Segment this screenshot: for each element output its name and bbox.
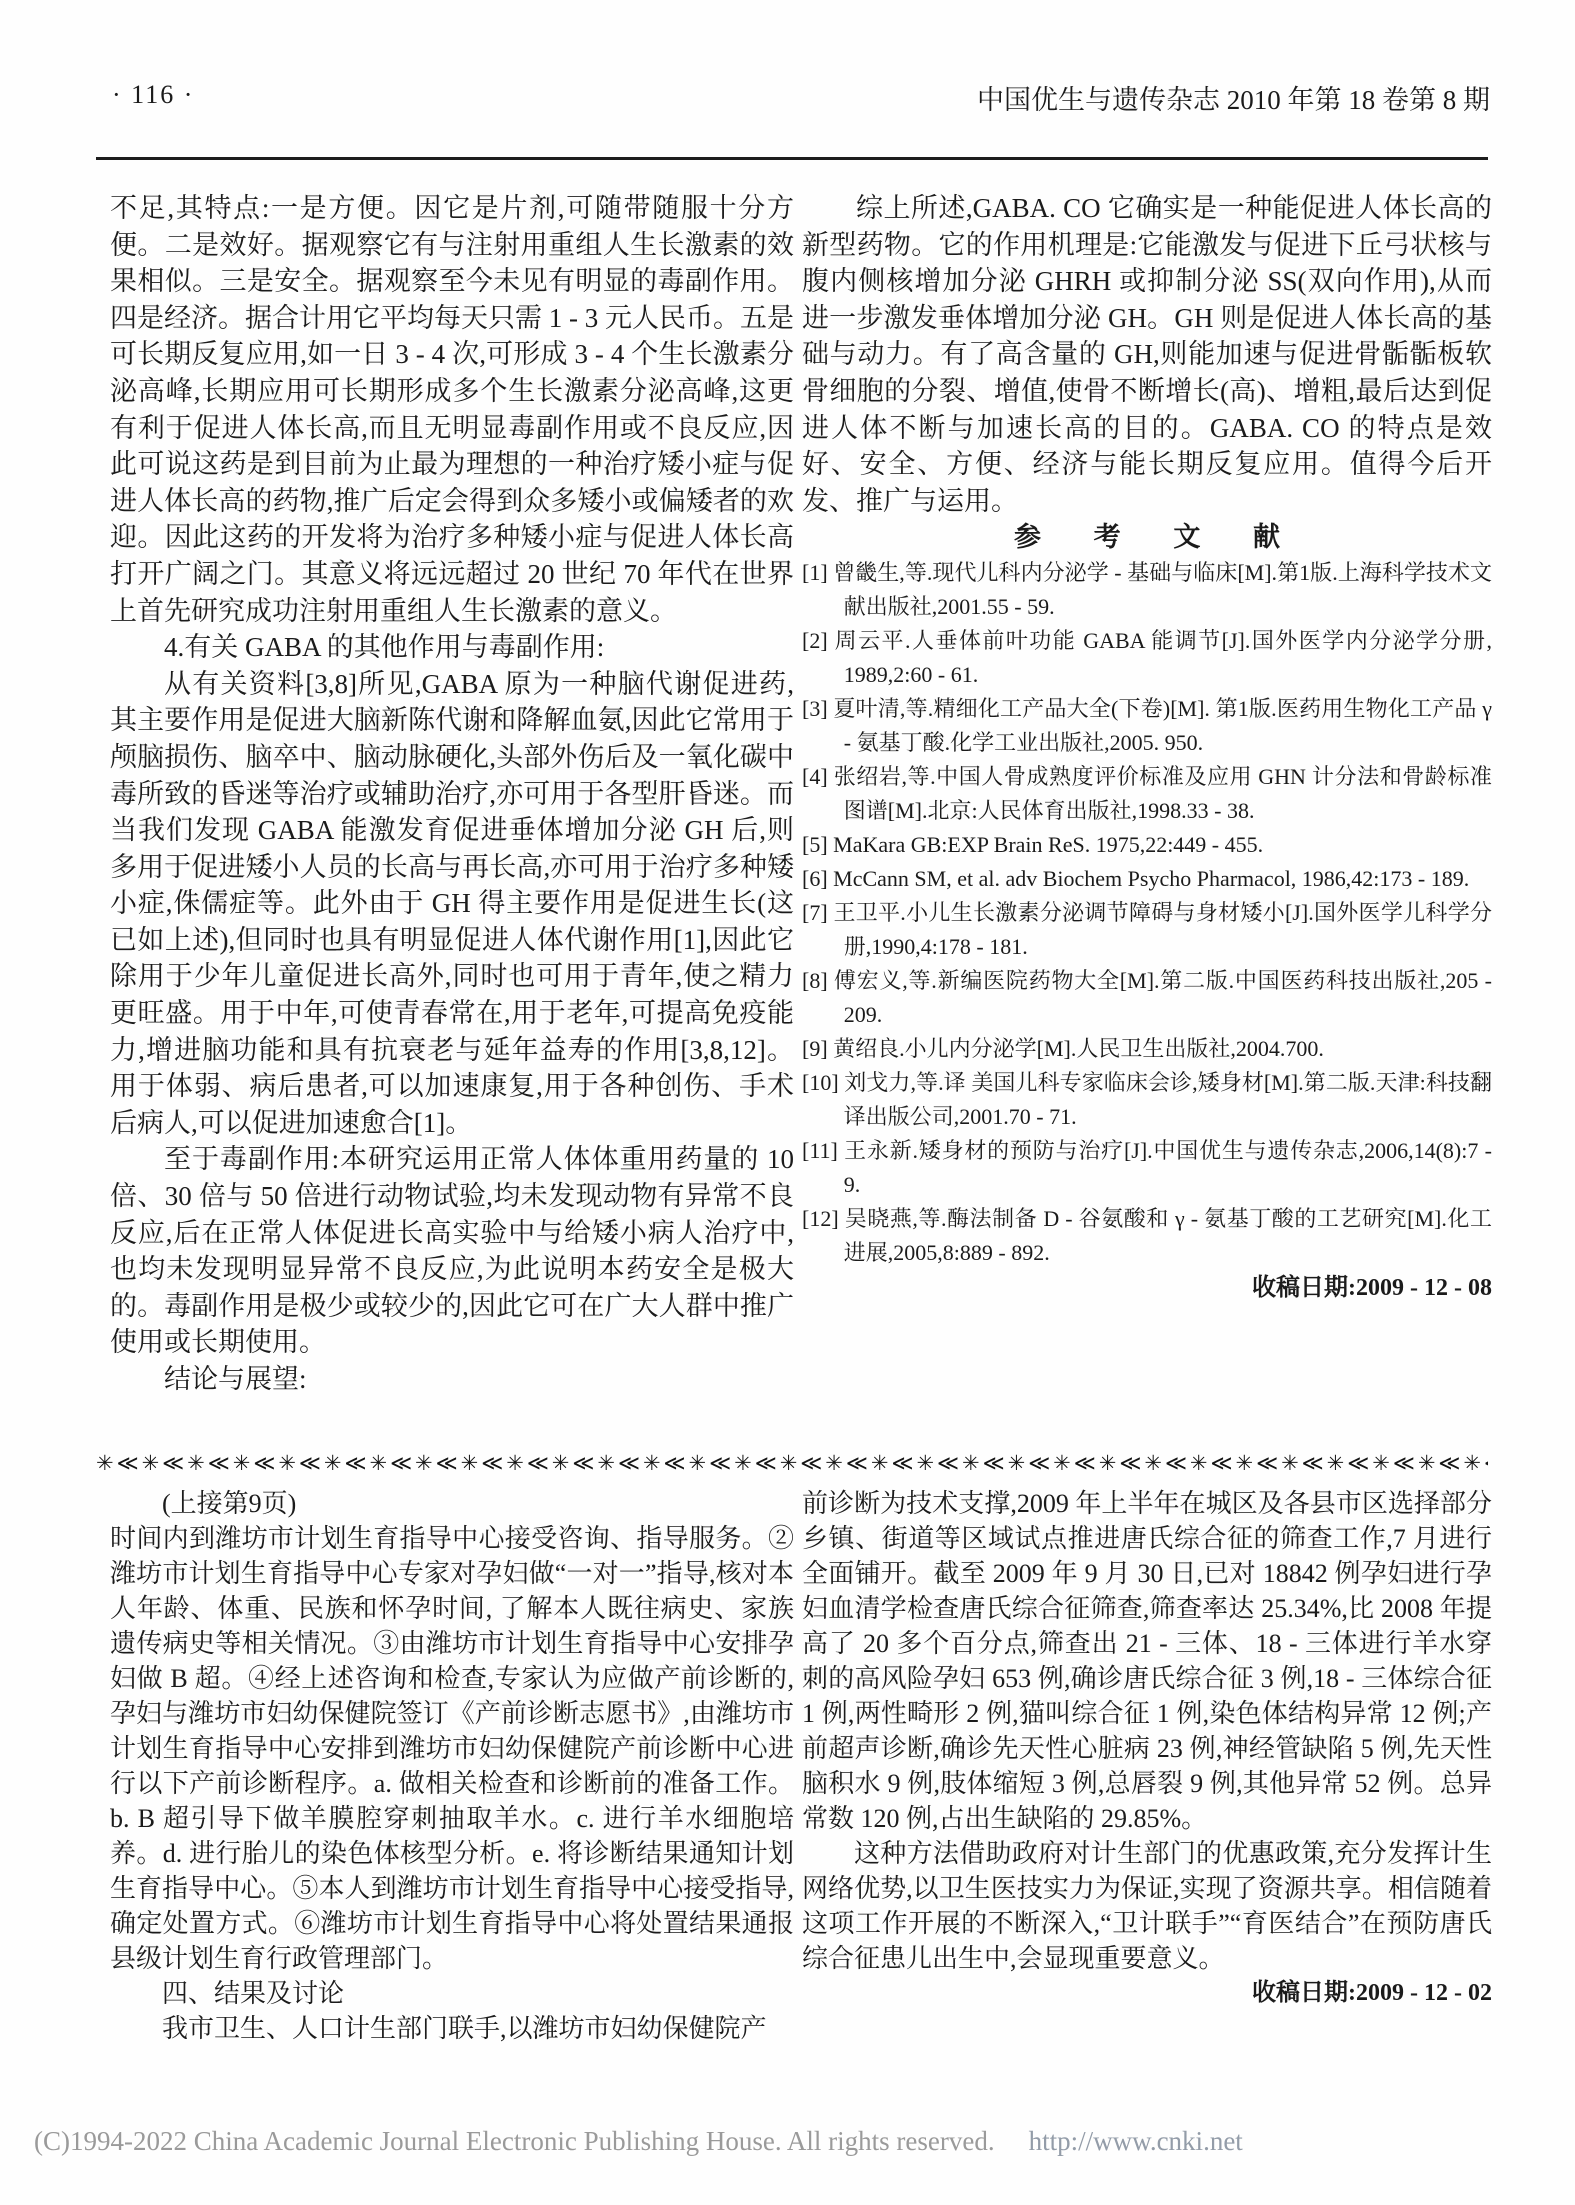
paragraph: 时间内到潍坊市计划生育指导中心接受咨询、指导服务。②潍坊市计划生育指导中心专家对… [110,1521,794,1976]
paragraph: 至于毒副作用:本研究运用正常人体体重用药量的 10 倍、30 倍与 50 倍进行… [110,1141,794,1361]
section-heading: 4.有关 GABA 的其他作用与毒副作用: [110,629,794,666]
paragraph: 综上所述,GABA. CO 它确实是一种能促进人体长高的新型药物。它的作用机理是… [802,190,1492,519]
section-heading: 结论与展望: [110,1361,794,1398]
header-rule [96,157,1488,160]
paragraph: 我市卫生、人口计生部门联手,以潍坊市妇幼保健院产 [110,2011,794,2046]
reference-item: [2] 周云平.人垂体前叶功能 GABA 能调节[J].国外医学内分泌学分册, … [802,624,1492,692]
cnki-link[interactable]: http://www.cnki.net [1029,2126,1243,2156]
reference-item: [7] 王卫平.小儿生长激素分泌调节障碍与身材矮小[J].国外医学儿科学分册,1… [802,896,1492,964]
received-date: 收稿日期:2009 - 12 - 08 [802,1270,1492,1307]
paragraph: 前诊断为技术支撑,2009 年上半年在城区及各县市区选择部分乡镇、街道等区域试点… [802,1486,1492,1836]
journal-page: · 116 · 中国优生与遗传杂志 2010 年第 18 卷第 8 期 不足,其… [0,0,1575,2205]
section-heading: 四、结果及讨论 [110,1976,794,2011]
section-divider-ornament: ✳≪✳≪✳≪✳≪✳≪✳≪✳≪✳≪✳≪✳≪✳≪✳≪✳≪✳≪✳≪✳≪✳≪✳≪✳≪✳≪… [96,1448,1488,1478]
reference-item: [9] 黄绍良.小儿内分泌学[M].人民卫生出版社,2004.700. [802,1032,1492,1066]
continuation-left-column: (上接第9页) 时间内到潍坊市计划生育指导中心接受咨询、指导服务。②潍坊市计划生… [110,1486,794,2122]
journal-title-line: 中国优生与遗传杂志 2010 年第 18 卷第 8 期 [977,78,1490,117]
reference-item: [1] 曾畿生,等.现代儿科内分泌学 - 基础与临床[M].第1版.上海科学技术… [802,556,1492,624]
references-heading: 参 考 文 献 [802,519,1492,556]
paragraph: 不足,其特点:一是方便。因它是片剂,可随带随服十分方便。二是效好。据观察它有与注… [110,190,794,629]
reference-item: [12] 吴晓燕,等.酶法制备 D - 谷氨酸和 γ - 氨基丁酸的工艺研究[M… [802,1202,1492,1270]
continued-from-note: (上接第9页) [110,1486,794,1521]
page-footer: (C)1994-2022 China Academic Journal Elec… [34,2126,1541,2157]
paragraph: 从有关资料[3,8]所见,GABA 原为一种脑代谢促进药,其主要作用是促进大脑新… [110,666,794,1142]
reference-item: [10] 刘戈力,等.译 美国儿科专家临床会诊,矮身材[M].第二版.天津:科技… [802,1066,1492,1134]
reference-item: [6] McCann SM, et al. adv Biochem Psycho… [802,862,1492,896]
references-list: [1] 曾畿生,等.现代儿科内分泌学 - 基础与临床[M].第1版.上海科学技术… [802,556,1492,1270]
reference-item: [4] 张绍岩,等.中国人骨成熟度评价标准及应用 GHN 计分法和骨龄标准图谱[… [802,760,1492,828]
paragraph: 这种方法借助政府对计生部门的优惠政策,充分发挥计生网络优势,以卫生医技实力为保证… [802,1836,1492,1976]
reference-item: [3] 夏叶清,等.精细化工产品大全(下卷)[M]. 第1版.医药用生物化工产品… [802,692,1492,760]
reference-item: [5] MaKara GB:EXP Brain ReS. 1975,22:449… [802,828,1492,862]
continuation-right-column: 前诊断为技术支撑,2009 年上半年在城区及各县市区选择部分乡镇、街道等区域试点… [802,1486,1492,2122]
copyright-notice: (C)1994-2022 China Academic Journal Elec… [34,2126,995,2156]
received-date: 收稿日期:2009 - 12 - 02 [802,1976,1492,2011]
reference-item: [8] 傅宏义,等.新编医院药物大全[M].第二版.中国医药科技出版社,205 … [802,964,1492,1032]
reference-item: [11] 王永新.矮身材的预防与治疗[J].中国优生与遗传杂志,2006,14(… [802,1134,1492,1202]
main-left-column: 不足,其特点:一是方便。因它是片剂,可随带随服十分方便。二是效好。据观察它有与注… [110,190,794,1442]
page-number: · 116 · [112,80,194,110]
main-right-column: 综上所述,GABA. CO 它确实是一种能促进人体长高的新型药物。它的作用机理是… [802,190,1492,1442]
